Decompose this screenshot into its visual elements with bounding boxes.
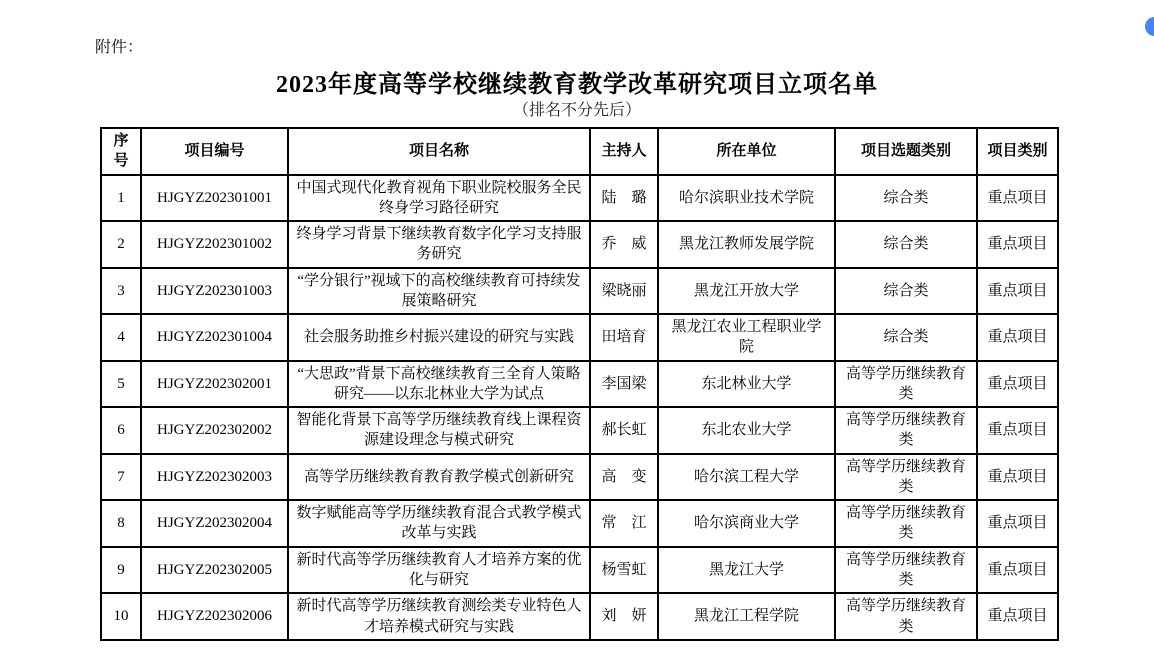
cell-code: HJGYZ202302006 <box>141 593 288 640</box>
cell-topic: 综合类 <box>835 221 977 268</box>
cell-seq: 5 <box>101 361 141 408</box>
cell-unit: 黑龙江工程学院 <box>658 593 835 640</box>
cell-code: HJGYZ202301001 <box>141 175 288 222</box>
cell-seq: 9 <box>101 547 141 594</box>
table-row: 3 HJGYZ202301003 “学分银行”视域下的高校继续教育可持续发展策略… <box>101 268 1058 315</box>
cell-unit: 黑龙江教师发展学院 <box>658 221 835 268</box>
cell-code: HJGYZ202302003 <box>141 454 288 501</box>
cell-lead: 梁晓丽 <box>590 268 658 315</box>
cell-cat: 重点项目 <box>977 547 1058 594</box>
cell-topic: 综合类 <box>835 175 977 222</box>
header-seq: 序号 <box>101 128 141 175</box>
table-row: 9 HJGYZ202302005 新时代高等学历继续教育人才培养方案的优化与研究… <box>101 547 1058 594</box>
cell-name: 社会服务助推乡村振兴建设的研究与实践 <box>288 314 590 361</box>
cell-lead: 陆 璐 <box>590 175 658 222</box>
cell-code: HJGYZ202301004 <box>141 314 288 361</box>
cell-topic: 高等学历继续教育类 <box>835 407 977 454</box>
header-cat: 项目类别 <box>977 128 1058 175</box>
cell-topic: 高等学历继续教育类 <box>835 361 977 408</box>
cell-cat: 重点项目 <box>977 361 1058 408</box>
cell-code: HJGYZ202301003 <box>141 268 288 315</box>
table-header-row: 序号 项目编号 项目名称 主持人 所在单位 项目选题类别 项目类别 <box>101 128 1058 175</box>
cell-cat: 重点项目 <box>977 454 1058 501</box>
cell-unit: 哈尔滨商业大学 <box>658 500 835 547</box>
cell-cat: 重点项目 <box>977 500 1058 547</box>
page-title: 2023年度高等学校继续教育教学改革研究项目立项名单 <box>0 64 1154 99</box>
cell-cat: 重点项目 <box>977 593 1058 640</box>
cell-seq: 10 <box>101 593 141 640</box>
cell-lead: 杨雪虹 <box>590 547 658 594</box>
table-row: 8 HJGYZ202302004 数字赋能高等学历继续教育混合式教学模式改革与实… <box>101 500 1058 547</box>
cell-lead: 常 江 <box>590 500 658 547</box>
cell-unit: 黑龙江农业工程职业学院 <box>658 314 835 361</box>
header-lead: 主持人 <box>590 128 658 175</box>
table-row: 6 HJGYZ202302002 智能化背景下高等学历继续教育线上课程资源建设理… <box>101 407 1058 454</box>
header-topic: 项目选题类别 <box>835 128 977 175</box>
cell-seq: 4 <box>101 314 141 361</box>
cell-unit: 东北农业大学 <box>658 407 835 454</box>
cell-code: HJGYZ202302004 <box>141 500 288 547</box>
cell-code: HJGYZ202302001 <box>141 361 288 408</box>
cell-lead: 乔 威 <box>590 221 658 268</box>
cell-unit: 黑龙江大学 <box>658 547 835 594</box>
cell-name: 数字赋能高等学历继续教育混合式教学模式改革与实践 <box>288 500 590 547</box>
cell-name: 新时代高等学历继续教育人才培养方案的优化与研究 <box>288 547 590 594</box>
cell-seq: 8 <box>101 500 141 547</box>
cell-seq: 1 <box>101 175 141 222</box>
cell-cat: 重点项目 <box>977 268 1058 315</box>
header-unit: 所在单位 <box>658 128 835 175</box>
cell-seq: 7 <box>101 454 141 501</box>
header-name: 项目名称 <box>288 128 590 175</box>
cell-lead: 高 变 <box>590 454 658 501</box>
cell-name: 新时代高等学历继续教育测绘类专业特色人才培养模式研究与实践 <box>288 593 590 640</box>
cell-cat: 重点项目 <box>977 175 1058 222</box>
page-subtitle: （排名不分先后） <box>0 97 1154 120</box>
header-code: 项目编号 <box>141 128 288 175</box>
cell-name: 中国式现代化教育视角下职业院校服务全民终身学习路径研究 <box>288 175 590 222</box>
cell-unit: 哈尔滨工程大学 <box>658 454 835 501</box>
cell-name: 高等学历继续教育教育教学模式创新研究 <box>288 454 590 501</box>
cell-seq: 3 <box>101 268 141 315</box>
cell-name: “大思政”背景下高校继续教育三全育人策略研究——以东北林业大学为试点 <box>288 361 590 408</box>
cell-topic: 高等学历继续教育类 <box>835 454 977 501</box>
cell-lead: 田培育 <box>590 314 658 361</box>
cell-unit: 东北林业大学 <box>658 361 835 408</box>
cell-topic: 高等学历继续教育类 <box>835 547 977 594</box>
cell-code: HJGYZ202302005 <box>141 547 288 594</box>
cell-lead: 李国梁 <box>590 361 658 408</box>
cell-cat: 重点项目 <box>977 314 1058 361</box>
cell-topic: 高等学历继续教育类 <box>835 593 977 640</box>
table-row: 5 HJGYZ202302001 “大思政”背景下高校继续教育三全育人策略研究—… <box>101 361 1058 408</box>
cell-seq: 2 <box>101 221 141 268</box>
cell-topic: 高等学历继续教育类 <box>835 500 977 547</box>
cell-cat: 重点项目 <box>977 221 1058 268</box>
table-row: 7 HJGYZ202302003 高等学历继续教育教育教学模式创新研究 高 变 … <box>101 454 1058 501</box>
project-list-table: 序号 项目编号 项目名称 主持人 所在单位 项目选题类别 项目类别 1 HJGY… <box>100 127 1059 641</box>
cell-name: 终身学习背景下继续教育数字化学习支持服务研究 <box>288 221 590 268</box>
table-row: 1 HJGYZ202301001 中国式现代化教育视角下职业院校服务全民终身学习… <box>101 175 1058 222</box>
cell-topic: 综合类 <box>835 314 977 361</box>
cell-unit: 黑龙江开放大学 <box>658 268 835 315</box>
cell-topic: 综合类 <box>835 268 977 315</box>
cell-lead: 郝长虹 <box>590 407 658 454</box>
cell-name: “学分银行”视域下的高校继续教育可持续发展策略研究 <box>288 268 590 315</box>
edge-floating-dot[interactable] <box>1145 17 1154 36</box>
attachment-label: 附件： <box>95 34 143 57</box>
cell-name: 智能化背景下高等学历继续教育线上课程资源建设理念与模式研究 <box>288 407 590 454</box>
table-row: 4 HJGYZ202301004 社会服务助推乡村振兴建设的研究与实践 田培育 … <box>101 314 1058 361</box>
cell-unit: 哈尔滨职业技术学院 <box>658 175 835 222</box>
cell-seq: 6 <box>101 407 141 454</box>
cell-code: HJGYZ202301002 <box>141 221 288 268</box>
table-row: 2 HJGYZ202301002 终身学习背景下继续教育数字化学习支持服务研究 … <box>101 221 1058 268</box>
cell-code: HJGYZ202302002 <box>141 407 288 454</box>
cell-cat: 重点项目 <box>977 407 1058 454</box>
table-row: 10 HJGYZ202302006 新时代高等学历继续教育测绘类专业特色人才培养… <box>101 593 1058 640</box>
cell-lead: 刘 妍 <box>590 593 658 640</box>
